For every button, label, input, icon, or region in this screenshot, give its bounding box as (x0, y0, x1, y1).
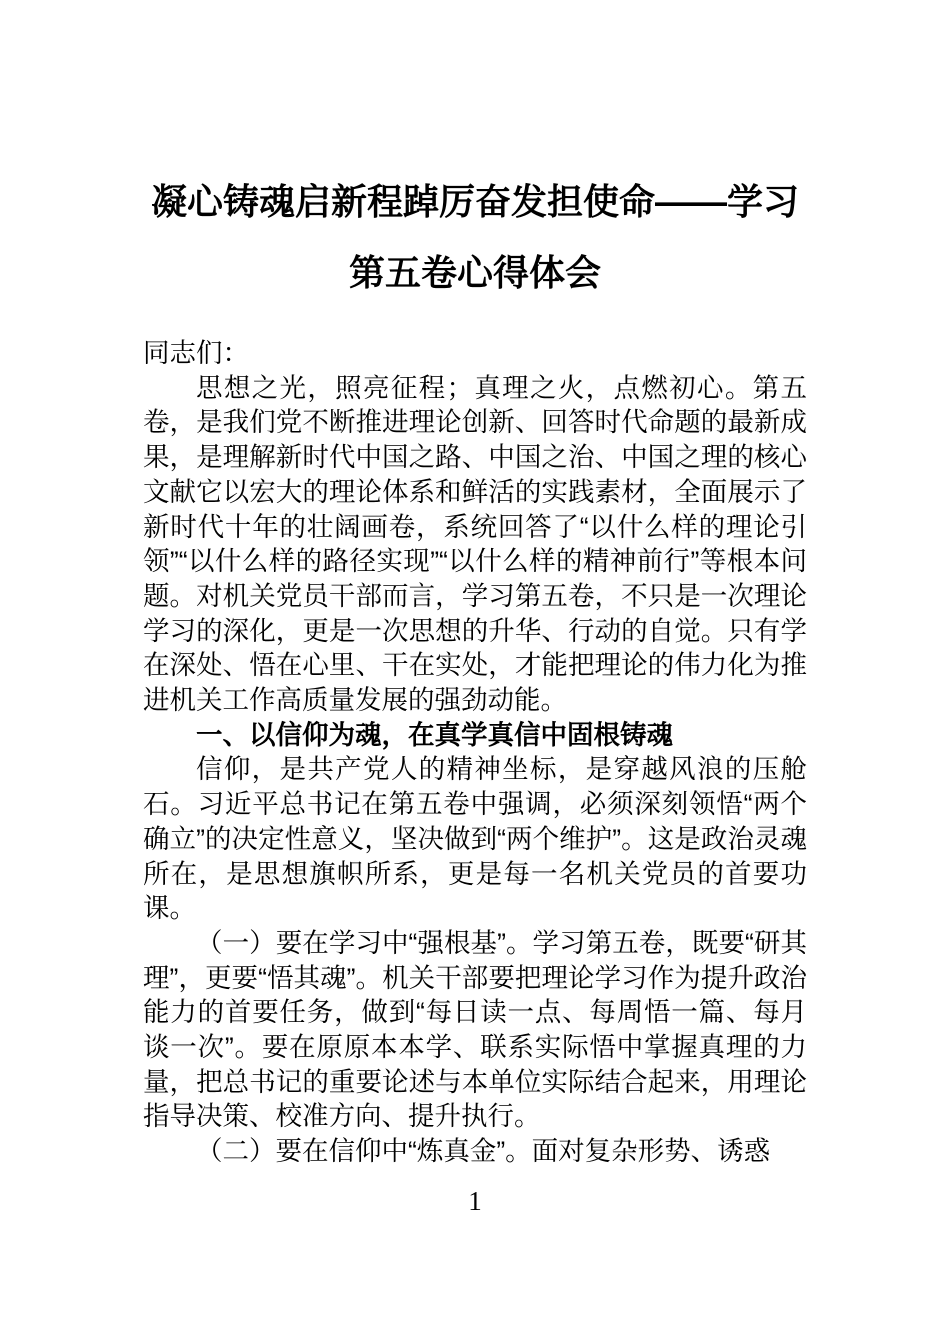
document-title: 凝心铸魂启新程踔厉奋发担使命——学习 第五卷心得体会 (0, 0, 950, 308)
title-line-1: 凝心铸魂启新程踔厉奋发担使命——学习 (0, 166, 950, 237)
section-heading-1: 一、以信仰为魂，在真学真信中固根铸魂 (143, 718, 807, 753)
paragraph-point-1: （一）要在学习中“强根基”。学习第五卷，既要“研其理”，更要“悟其魂”。机关干部… (143, 926, 807, 1134)
paragraph-point-2: （二）要在信仰中“炼真金”。面对复杂形势、诱惑 (143, 1134, 807, 1169)
page-number: 1 (0, 1186, 950, 1217)
salutation: 同志们： (143, 336, 807, 371)
document-body: 同志们： 思想之光，照亮征程；真理之火，点燃初心。第五卷，是我们党不断推进理论创… (143, 336, 807, 1169)
document-page: 凝心铸魂启新程踔厉奋发担使命——学习 第五卷心得体会 同志们： 思想之光，照亮征… (0, 0, 950, 1344)
paragraph-intro: 思想之光，照亮征程；真理之火，点燃初心。第五卷，是我们党不断推进理论创新、回答时… (143, 371, 807, 718)
paragraph-belief: 信仰，是共产党人的精神坐标，是穿越风浪的压舱石。习近平总书记在第五卷中强调，必须… (143, 752, 807, 926)
title-line-2: 第五卷心得体会 (0, 237, 950, 308)
